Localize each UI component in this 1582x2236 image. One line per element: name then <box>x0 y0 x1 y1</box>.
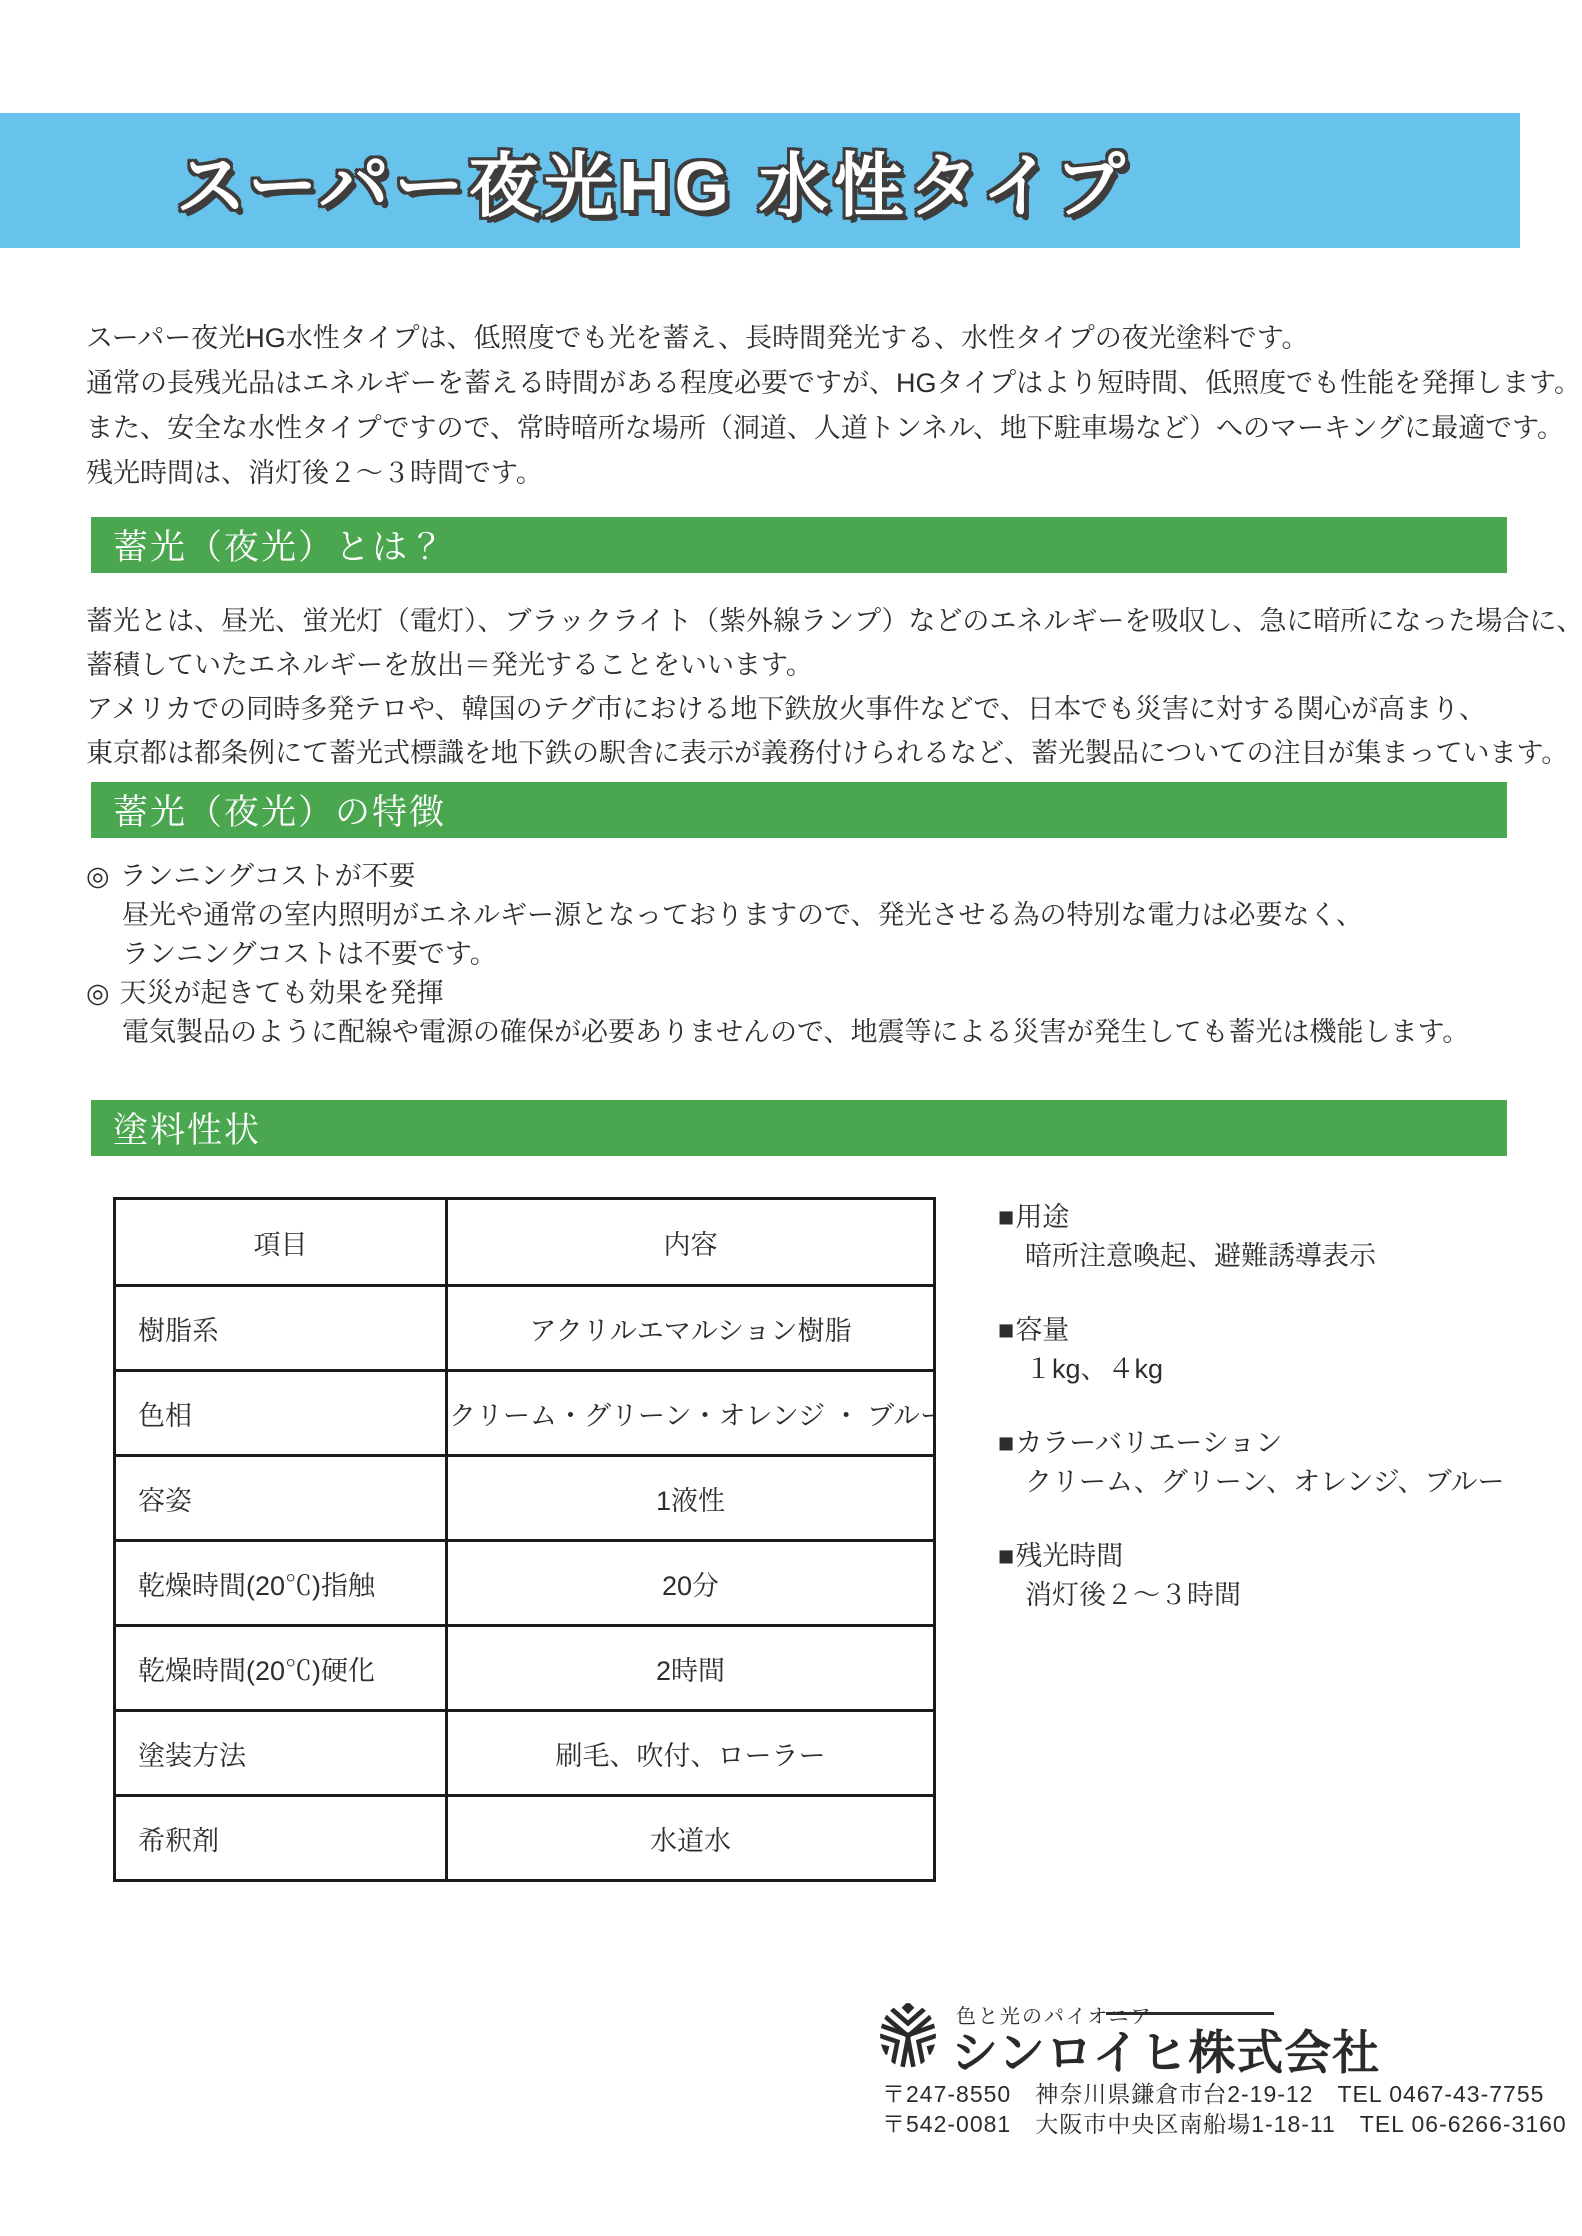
square-bullet-icon: ■ <box>998 1541 1014 1571</box>
table-row: 色相 クリーム・グリーン・オレンジ ・ ブルー <box>115 1371 935 1456</box>
side-info-heading-label: 用途 <box>1015 1202 1069 1232</box>
square-bullet-icon: ■ <box>998 1202 1014 1232</box>
side-info: ■用途 暗所注意喚起、避難誘導表示 ■容量 １kg、４kg ■カラーバリエーショ… <box>998 1200 1505 1652</box>
section-heading-label: 蓄光（夜光）とは？ <box>113 520 446 570</box>
spec-item-cell: 色相 <box>115 1371 447 1456</box>
section-heading-features: 蓄光（夜光）の特徴 <box>91 782 1507 838</box>
side-info-heading-label: 容量 <box>1015 1315 1069 1345</box>
side-info-heading: ■容量 <box>998 1313 1505 1347</box>
spec-value-cell: 20分 <box>447 1541 935 1626</box>
spec-table: 項目 内容 樹脂系 アクリルエマルション樹脂 色相 クリーム・グリーン・オレンジ… <box>113 1197 936 1882</box>
intro-line: また、安全な水性タイプですので、常時暗所な場所（洞道、人道トンネル、地下駐車場な… <box>86 406 1581 451</box>
spec-value-cell: 2時間 <box>447 1626 935 1711</box>
company-addresses: 〒247-8550 神奈川県鎌倉市台2-19-12 TEL 0467-43-77… <box>882 2079 1567 2139</box>
spec-value-cell: クリーム・グリーン・オレンジ ・ ブルー <box>447 1371 935 1456</box>
double-circle-bullet-icon: ◎ <box>86 861 110 891</box>
tagline-rule <box>1106 2012 1274 2015</box>
address-line: 〒542-0081 大阪市中央区南船場1-18-11 TEL 06-6266-3… <box>882 2109 1567 2139</box>
product-title: スーパー夜光HG 水性タイプ <box>176 130 1130 231</box>
features-list: ◎ランニングコストが不要 昼光や通常の室内照明がエネルギー源となっておりますので… <box>86 857 1469 1052</box>
intro-paragraph: スーパー夜光HG水性タイプは、低照度でも光を蓄え、長時間発光する、水性タイプの夜… <box>86 316 1581 496</box>
spec-item-cell: 塗装方法 <box>115 1711 447 1796</box>
feature-title: ◎ランニングコストが不要 <box>86 857 1469 896</box>
about-paragraph: 蓄光とは、昼光、蛍光灯（電灯）、ブラックライト（紫外線ランプ）などのエネルギーを… <box>86 599 1582 775</box>
spec-table-header-row: 項目 内容 <box>115 1199 935 1286</box>
spec-item-cell: 樹脂系 <box>115 1286 447 1371</box>
table-row: 塗装方法 刷毛、吹付、ローラー <box>115 1711 935 1796</box>
spec-table-header-item: 項目 <box>115 1199 447 1286</box>
square-bullet-icon: ■ <box>998 1315 1014 1345</box>
table-row: 希釈剤 水道水 <box>115 1796 935 1881</box>
feature-detail: 電気製品のように配線や電源の確保が必要ありませんので、地震等による災害が発生して… <box>86 1013 1469 1052</box>
section-heading-label: 塗料性状 <box>113 1103 261 1153</box>
feature-detail: 昼光や通常の室内照明がエネルギー源となっておりますので、発光させる為の特別な電力… <box>86 896 1469 935</box>
spec-item-cell: 容姿 <box>115 1456 447 1541</box>
intro-line: 残光時間は、消灯後２～３時間です。 <box>86 451 1581 496</box>
side-info-group: ■カラーバリエーション クリーム、グリーン、オレンジ、ブルー <box>998 1426 1505 1499</box>
table-row: 乾燥時間(20℃)硬化 2時間 <box>115 1626 935 1711</box>
side-info-content: 消灯後２～３時間 <box>998 1578 1505 1612</box>
table-row: 容姿 1液性 <box>115 1456 935 1541</box>
about-line: アメリカでの同時多発テロや、韓国のテグ市における地下鉄放火事件などで、日本でも災… <box>86 687 1582 731</box>
double-circle-bullet-icon: ◎ <box>86 978 110 1008</box>
feature-detail: ランニングコストは不要です。 <box>86 935 1469 974</box>
about-line: 蓄積していたエネルギーを放出＝発光することをいいます。 <box>86 643 1582 687</box>
side-info-heading-label: カラーバリエーション <box>1015 1428 1282 1458</box>
about-line: 東京都は都条例にて蓄光式標識を地下鉄の駅舎に表示が義務付けられるなど、蓄光製品に… <box>86 731 1582 775</box>
intro-line: スーパー夜光HG水性タイプは、低照度でも光を蓄え、長時間発光する、水性タイプの夜… <box>86 316 1581 361</box>
spec-value-cell: アクリルエマルション樹脂 <box>447 1286 935 1371</box>
company-name: シンロイヒ株式会社 <box>951 2016 1380 2083</box>
spec-item-cell: 乾燥時間(20℃)指触 <box>115 1541 447 1626</box>
spec-value-cell: 1液性 <box>447 1456 935 1541</box>
section-heading-label: 蓄光（夜光）の特徴 <box>113 785 446 835</box>
about-line: 蓄光とは、昼光、蛍光灯（電灯）、ブラックライト（紫外線ランプ）などのエネルギーを… <box>86 599 1582 643</box>
side-info-group: ■残光時間 消灯後２～３時間 <box>998 1539 1505 1612</box>
spec-table-header-value: 内容 <box>447 1199 935 1286</box>
table-row: 樹脂系 アクリルエマルション樹脂 <box>115 1286 935 1371</box>
product-datasheet-page: スーパー夜光HG 水性タイプ スーパー夜光HG水性タイプは、低照度でも光を蓄え、… <box>0 0 1582 2236</box>
spec-value-cell: 刷毛、吹付、ローラー <box>447 1711 935 1796</box>
square-bullet-icon: ■ <box>998 1428 1014 1458</box>
side-info-heading-label: 残光時間 <box>1015 1541 1123 1571</box>
side-info-content: クリーム、グリーン、オレンジ、ブルー <box>998 1465 1505 1499</box>
section-heading-about: 蓄光（夜光）とは？ <box>91 517 1507 573</box>
side-info-heading: ■残光時間 <box>998 1539 1505 1573</box>
section-heading-properties: 塗料性状 <box>91 1100 1507 1156</box>
side-info-heading: ■用途 <box>998 1200 1505 1234</box>
title-banner: スーパー夜光HG 水性タイプ <box>0 113 1520 248</box>
feature-title-label: ランニングコストが不要 <box>120 861 416 891</box>
side-info-group: ■容量 １kg、４kg <box>998 1313 1505 1386</box>
spec-item-cell: 希釈剤 <box>115 1796 447 1881</box>
company-logo-icon <box>879 1996 937 2079</box>
table-row: 乾燥時間(20℃)指触 20分 <box>115 1541 935 1626</box>
side-info-heading: ■カラーバリエーション <box>998 1426 1505 1460</box>
feature-title: ◎天災が起きても効果を発揮 <box>86 974 1469 1013</box>
side-info-content: 暗所注意喚起、避難誘導表示 <box>998 1239 1505 1273</box>
spec-item-cell: 乾燥時間(20℃)硬化 <box>115 1626 447 1711</box>
spec-value-cell: 水道水 <box>447 1796 935 1881</box>
intro-line: 通常の長残光品はエネルギーを蓄える時間がある程度必要ですが、HGタイプはより短時… <box>86 361 1581 406</box>
feature-title-label: 天災が起きても効果を発揮 <box>120 978 444 1008</box>
side-info-group: ■用途 暗所注意喚起、避難誘導表示 <box>998 1200 1505 1273</box>
side-info-content: １kg、４kg <box>998 1352 1505 1386</box>
address-line: 〒247-8550 神奈川県鎌倉市台2-19-12 TEL 0467-43-77… <box>882 2079 1567 2109</box>
